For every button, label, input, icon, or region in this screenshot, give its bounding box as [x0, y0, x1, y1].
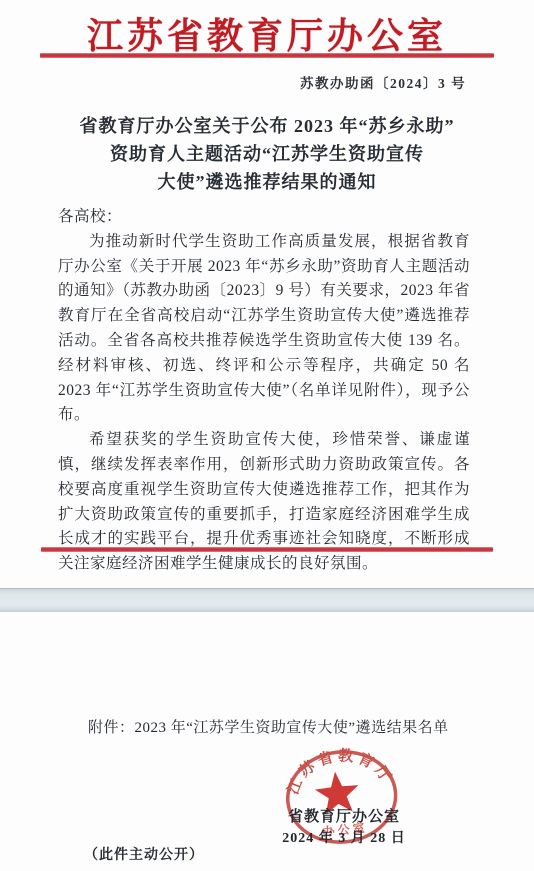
- letterhead-org-name: 江苏省教育厅办公室: [0, 8, 534, 59]
- issue-date: 2024 年 3 月 28 日: [266, 827, 422, 847]
- page-2: 附件：2023 年“江苏学生资助宣传大使”遴选结果名单 江苏省教育厅 办公室 省…: [0, 613, 534, 871]
- body-paragraph-1: 为推动新时代学生资助工作高质量发展，根据省教育厅办公室《关于开展 2023 年“…: [58, 230, 470, 428]
- document-title-line-1: 省教育厅办公室关于公布 2023 年“苏乡永助”: [30, 112, 504, 140]
- letterhead-red-rule: [40, 53, 494, 58]
- document-body: 各高校： 为推动新时代学生资助工作高质量发展，根据省教育厅办公室《关于开展 20…: [58, 205, 470, 577]
- document-number: 苏教办助函〔2024〕3 号: [300, 72, 466, 92]
- page-1: 江苏省教育厅办公室 苏教办助函〔2024〕3 号 省教育厅办公室关于公布 202…: [0, 0, 534, 588]
- document-scan: 江苏省教育厅办公室 苏教办助函〔2024〕3 号 省教育厅办公室关于公布 202…: [0, 0, 534, 871]
- salutation: 各高校：: [58, 205, 470, 230]
- footer-red-rule: [41, 547, 493, 552]
- page-separator: [0, 588, 534, 612]
- official-seal: 江苏省教育厅 办公室: [262, 733, 422, 868]
- document-title-line-2: 资助育人主题活动“江苏学生资助宣传: [30, 140, 504, 168]
- attachment-line: 附件：2023 年“江苏学生资助宣传大使”遴选结果名单: [88, 716, 518, 737]
- document-title: 省教育厅办公室关于公布 2023 年“苏乡永助” 资助育人主题活动“江苏学生资助…: [30, 112, 504, 196]
- public-disclosure-note: （此件主动公开）: [84, 844, 204, 864]
- document-title-line-3: 大使”遴选推荐结果的通知: [30, 168, 504, 196]
- issuer-name: 省教育厅办公室: [266, 805, 422, 826]
- body-paragraph-2: 希望获奖的学生资助宣传大使，珍惜荣誉、谦虚谨慎，继续发挥表率作用，创新形式助力资…: [58, 428, 470, 577]
